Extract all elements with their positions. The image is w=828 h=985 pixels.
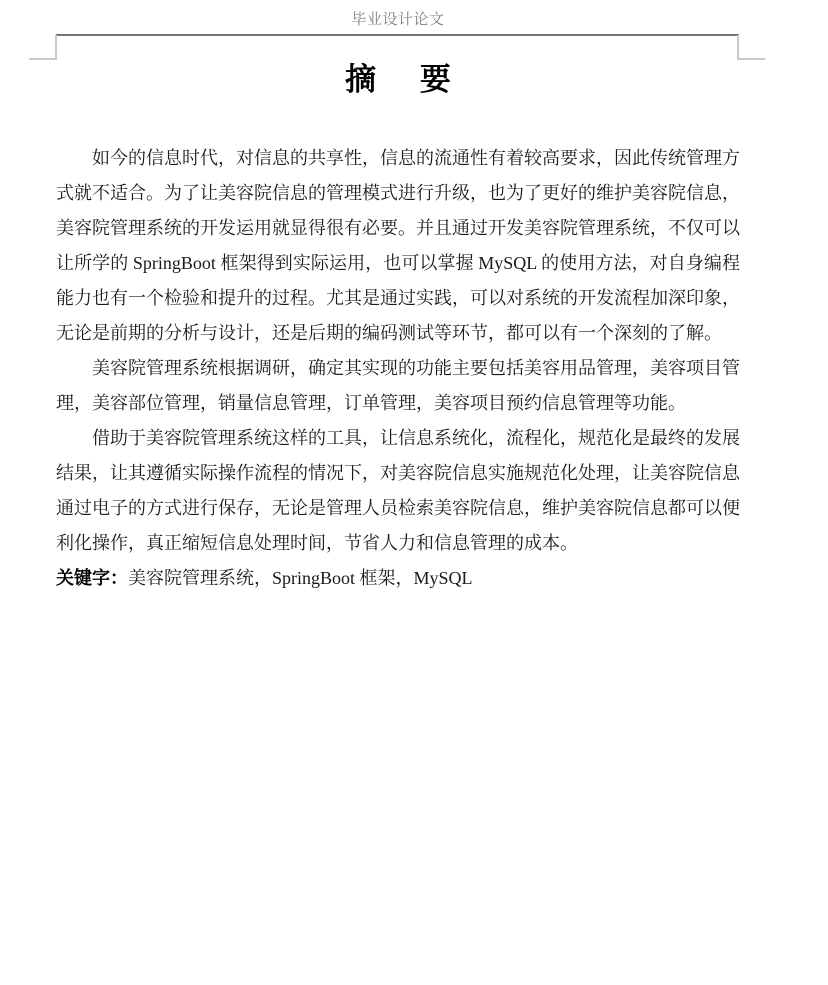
- text-boundary-mark-left-horizontal: [29, 58, 56, 60]
- abstract-title: 摘 要: [56, 60, 740, 100]
- abstract-body: 如今的信息时代，对信息的共享性，信息的流通性有着较高要求，因此传统管理方式就不适…: [56, 141, 740, 596]
- abstract-paragraph-3: 借助于美容院管理系统这样的工具，让信息系统化，流程化，规范化是最终的发展结果，让…: [56, 421, 740, 561]
- document-page: 毕业设计论文 摘 要 如今的信息时代，对信息的共享性，信息的流通性有着较高要求，…: [0, 0, 828, 985]
- header-underline: [56, 34, 739, 36]
- page-header-text: 毕业设计论文: [56, 9, 740, 31]
- abstract-paragraph-2: 美容院管理系统根据调研，确定其实现的功能主要包括美容用品管理，美容项目管理，美容…: [56, 351, 740, 421]
- text-boundary-mark-right-horizontal: [738, 58, 765, 60]
- text-boundary-mark-left-vertical: [55, 35, 57, 60]
- keywords-label: 关键字：: [56, 568, 128, 588]
- keywords-line: 关键字：美容院管理系统，SpringBoot 框架，MySQL: [56, 561, 740, 596]
- abstract-paragraph-1: 如今的信息时代，对信息的共享性，信息的流通性有着较高要求，因此传统管理方式就不适…: [56, 141, 740, 351]
- text-boundary-mark-right-vertical: [737, 35, 739, 60]
- keywords-value: 美容院管理系统，SpringBoot 框架，MySQL: [128, 568, 473, 588]
